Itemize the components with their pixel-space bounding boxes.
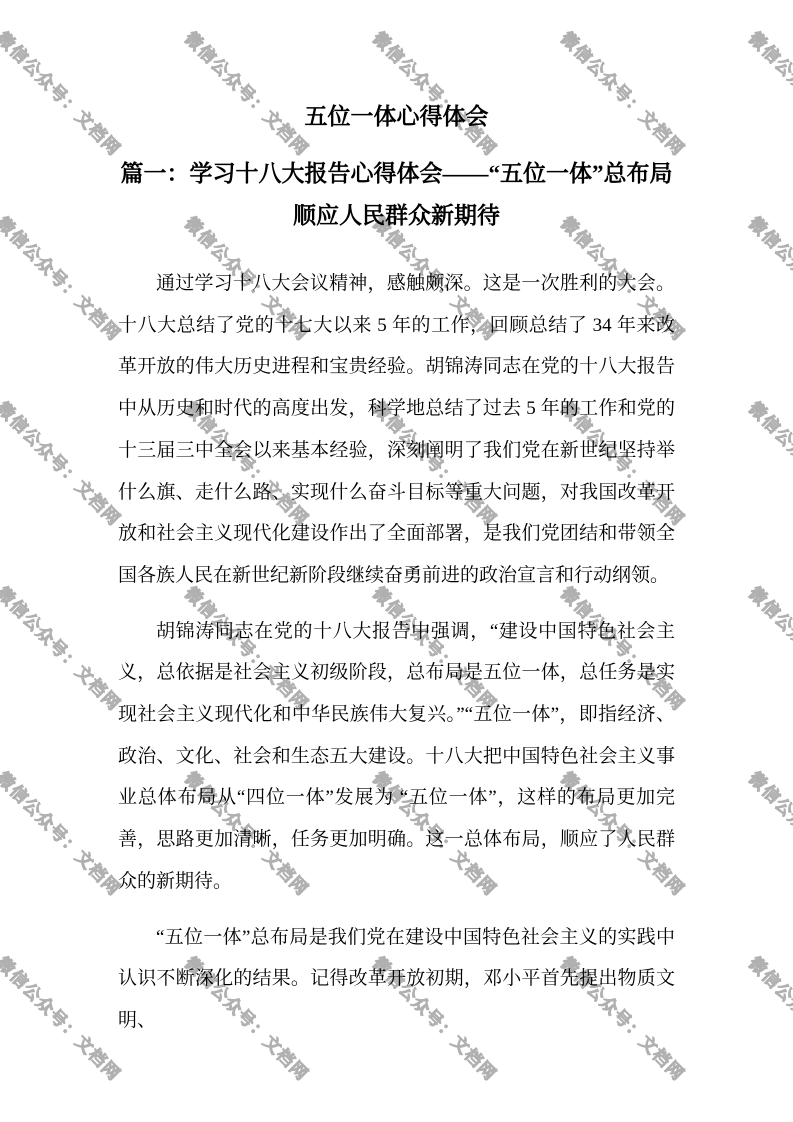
document-title: 五位一体心得体会	[118, 101, 675, 133]
paragraph: 胡锦涛同志在党的十八大报告中强调，“建设中国特色社会主义，总依据是社会主义初级阶…	[118, 611, 675, 903]
section-heading: 篇一：学习十八大报告心得体会——“五位一体”总布局 顺应人民群众新期待	[118, 153, 675, 237]
paragraph: 通过学习十八大会议精神，感触颇深。这是一次胜利的大会。十八大总结了党的十七大以来…	[118, 263, 675, 597]
paragraph: “五位一体”总布局是我们党在建设中国特色社会主义的实践中认识不断深化的结果。记得…	[118, 917, 675, 1042]
document-page: 微信公众号：文档网微信公众号：文档网微信公众号：文档网微信公众号：文档网微信公众…	[0, 0, 793, 1122]
document-content: 五位一体心得体会 篇一：学习十八大报告心得体会——“五位一体”总布局 顺应人民群…	[0, 0, 793, 1042]
